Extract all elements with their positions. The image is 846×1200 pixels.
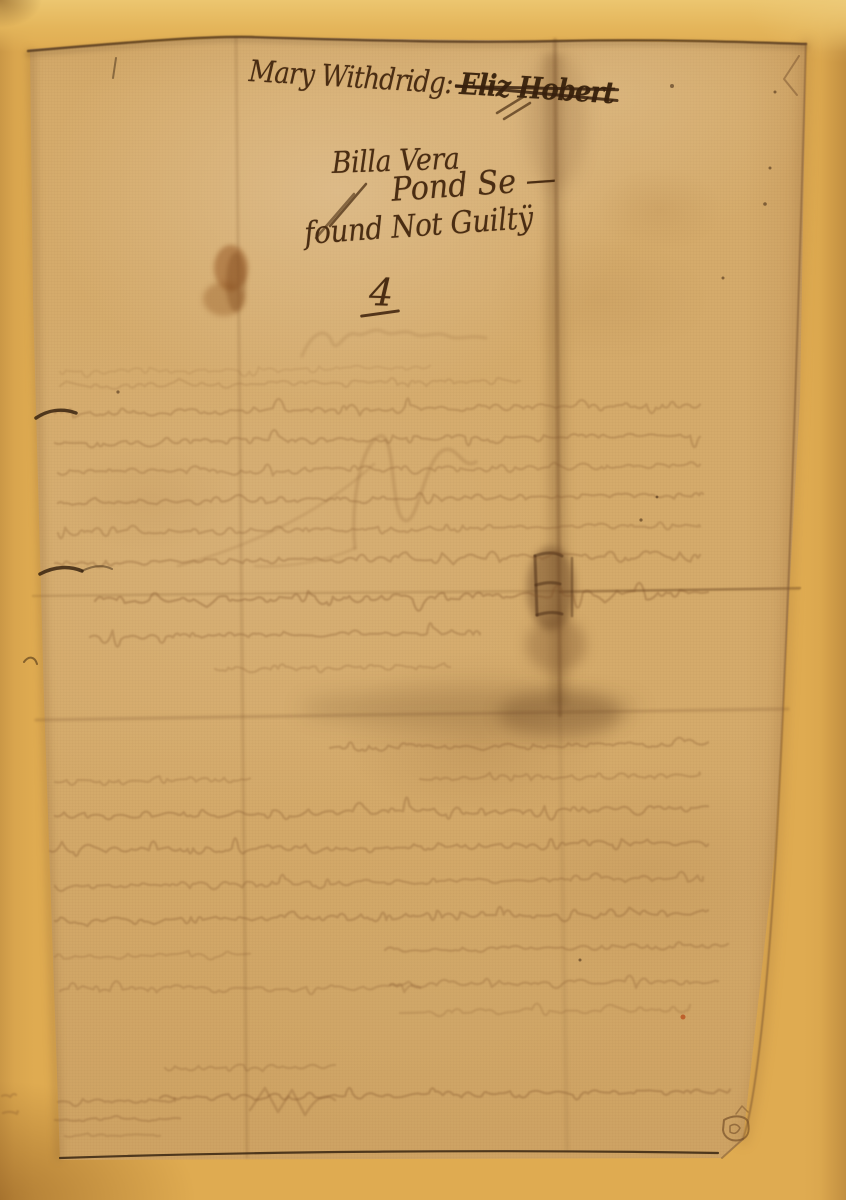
document-photo: Mary Withdridg:Eliz Hobert Billa Vera Po… xyxy=(0,0,846,1200)
page-number: 4 xyxy=(368,270,394,315)
